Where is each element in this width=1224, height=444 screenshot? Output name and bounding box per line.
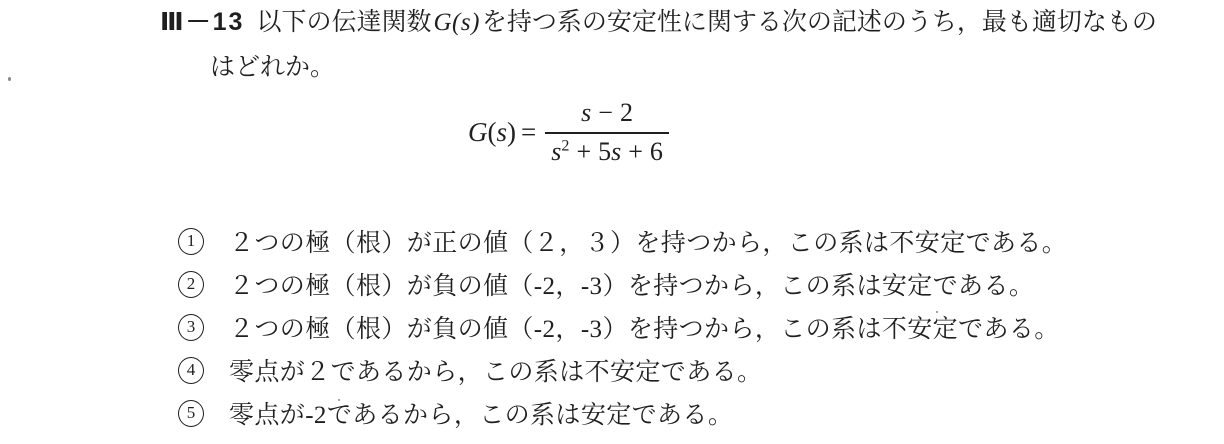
formula-lparen: ( xyxy=(488,117,497,147)
option-row-1: 1 ２つの極（根）が正の値（２，３）を持つから，この系は不安定である。 xyxy=(178,227,1067,255)
formula-argument: s xyxy=(497,117,508,147)
formula-lhs: G(s)= xyxy=(468,117,545,148)
option-text-4: 零点が２であるから，この系は不安定である。 xyxy=(229,352,762,388)
option-text-2: ２つの極（根）が負の値（-2，-3）を持つから，この系は安定である。 xyxy=(229,266,1034,302)
scan-speck xyxy=(936,311,938,313)
option-text-1: ２つの極（根）が正の値（２，３）を持つから，この系は不安定である。 xyxy=(229,223,1067,259)
option-text-5: 零点が-2であるから，この系は安定である。 xyxy=(229,395,733,431)
denominator-plus1: + xyxy=(576,137,591,166)
circled-number-2: 2 xyxy=(178,271,204,298)
question-text-continued: はどれか。 xyxy=(210,53,335,83)
scan-speck xyxy=(8,77,11,81)
question-number: Ⅲ－13 xyxy=(160,8,244,36)
question-text-before-math: 以下の伝達関数 xyxy=(256,9,431,36)
option-row-5: 5 零点が-2であるから，この系は安定である。 xyxy=(178,399,1067,427)
denominator-constant: 6 xyxy=(650,137,663,166)
scanned-exam-page: { "colors": { "text": "#1f1f1f", "backgr… xyxy=(0,0,1224,444)
numerator-constant: 2 xyxy=(620,98,633,127)
denominator-var: s xyxy=(551,137,561,166)
denominator-coef: 5 xyxy=(598,137,611,166)
formula-function-name: G xyxy=(468,117,488,147)
option-row-4: 4 零点が２であるから，この系は不安定である。 xyxy=(178,356,1067,384)
circled-number-4: 4 xyxy=(178,357,204,384)
fraction-numerator: s−2 xyxy=(545,98,669,134)
formula-equals: = xyxy=(521,117,536,147)
circled-number-3: 3 xyxy=(178,314,204,341)
denominator-exponent: 2 xyxy=(561,137,569,154)
numerator-minus: − xyxy=(598,98,613,127)
question-heading: Ⅲ－13以下の伝達関数G(s)を持つ系の安定性に関する次の記述のうち，最も適切な… xyxy=(160,7,1157,38)
denominator-var2: s xyxy=(611,137,621,166)
circled-number-1: 1 xyxy=(178,228,204,255)
options-list: 1 ２つの極（根）が正の値（２，３）を持つから，この系は不安定である。 2 ２つ… xyxy=(178,227,1067,442)
option-row-2: 2 ２つの極（根）が負の値（-2，-3）を持つから，この系は安定である。 xyxy=(178,270,1067,298)
formula-rparen: ) xyxy=(507,117,516,147)
question-text-after-math: を持つ系の安定性に関する次の記述のうち，最も適切なもの xyxy=(482,9,1157,36)
option-text-3: ２つの極（根）が負の値（-2，-3）を持つから，この系は不安定である。 xyxy=(229,309,1060,345)
scan-speck xyxy=(338,399,340,401)
fraction-denominator: s2+5s+6 xyxy=(545,134,669,167)
circled-number-5: 5 xyxy=(178,400,204,427)
option-row-3: 3 ２つの極（根）が負の値（-2，-3）を持つから，この系は不安定である。 xyxy=(178,313,1067,341)
transfer-function-formula: G(s)= s−2 s2+5s+6 xyxy=(468,98,669,167)
formula-fraction: s−2 s2+5s+6 xyxy=(545,98,669,167)
numerator-var: s xyxy=(581,98,591,127)
inline-transfer-function: G(s) xyxy=(431,9,481,36)
denominator-plus2: + xyxy=(628,137,643,166)
